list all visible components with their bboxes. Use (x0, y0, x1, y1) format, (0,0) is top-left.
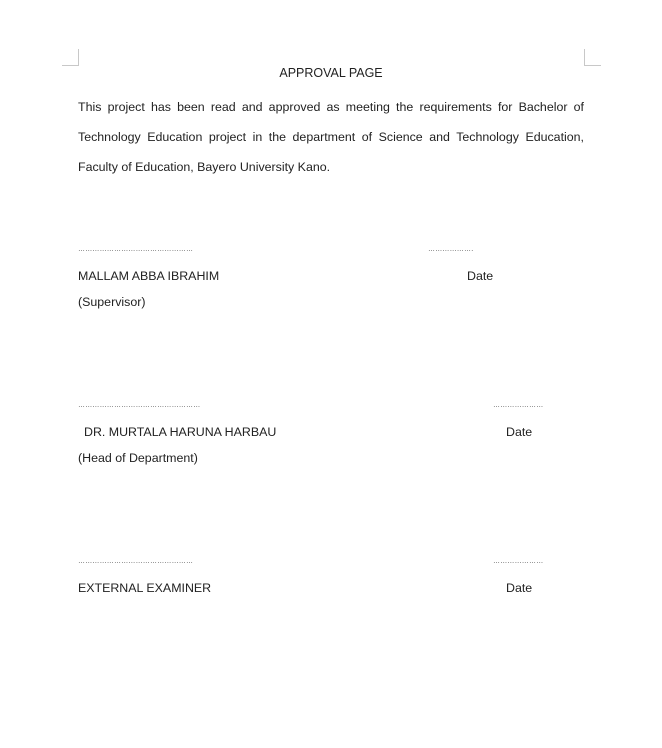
supervisor-signature-line: ………………………………………… (78, 246, 208, 253)
approval-paragraph-line-3: Faculty of Education, Bayero University … (78, 160, 584, 174)
supervisor-role: (Supervisor) (78, 295, 145, 309)
supervisor-date-line: ………………. (428, 246, 491, 253)
hod-signature-line: …………………………………………… (78, 402, 212, 409)
hod-date-line: ………………… (493, 402, 556, 409)
hod-role: (Head of Department) (78, 451, 198, 465)
examiner-date-line: ………………… (493, 558, 556, 565)
page-corner-mark-top-left (62, 49, 79, 66)
examiner-date-label: Date (506, 581, 532, 595)
hod-date-label: Date (506, 425, 532, 439)
approval-paragraph-line-2: Technology Education project in the depa… (78, 130, 584, 144)
supervisor-date-label: Date (467, 269, 493, 283)
examiner-name: EXTERNAL EXAMINER (78, 581, 211, 595)
approval-paragraph-line-1: This project has been read and approved … (78, 100, 584, 114)
page-title: APPROVAL PAGE (0, 66, 662, 80)
page-corner-mark-top-right (584, 49, 601, 66)
hod-name: DR. MURTALA HARUNA HARBAU (84, 425, 276, 439)
examiner-signature-line: ………………………………………… (78, 558, 208, 565)
supervisor-name: MALLAM ABBA IBRAHIM (78, 269, 219, 283)
